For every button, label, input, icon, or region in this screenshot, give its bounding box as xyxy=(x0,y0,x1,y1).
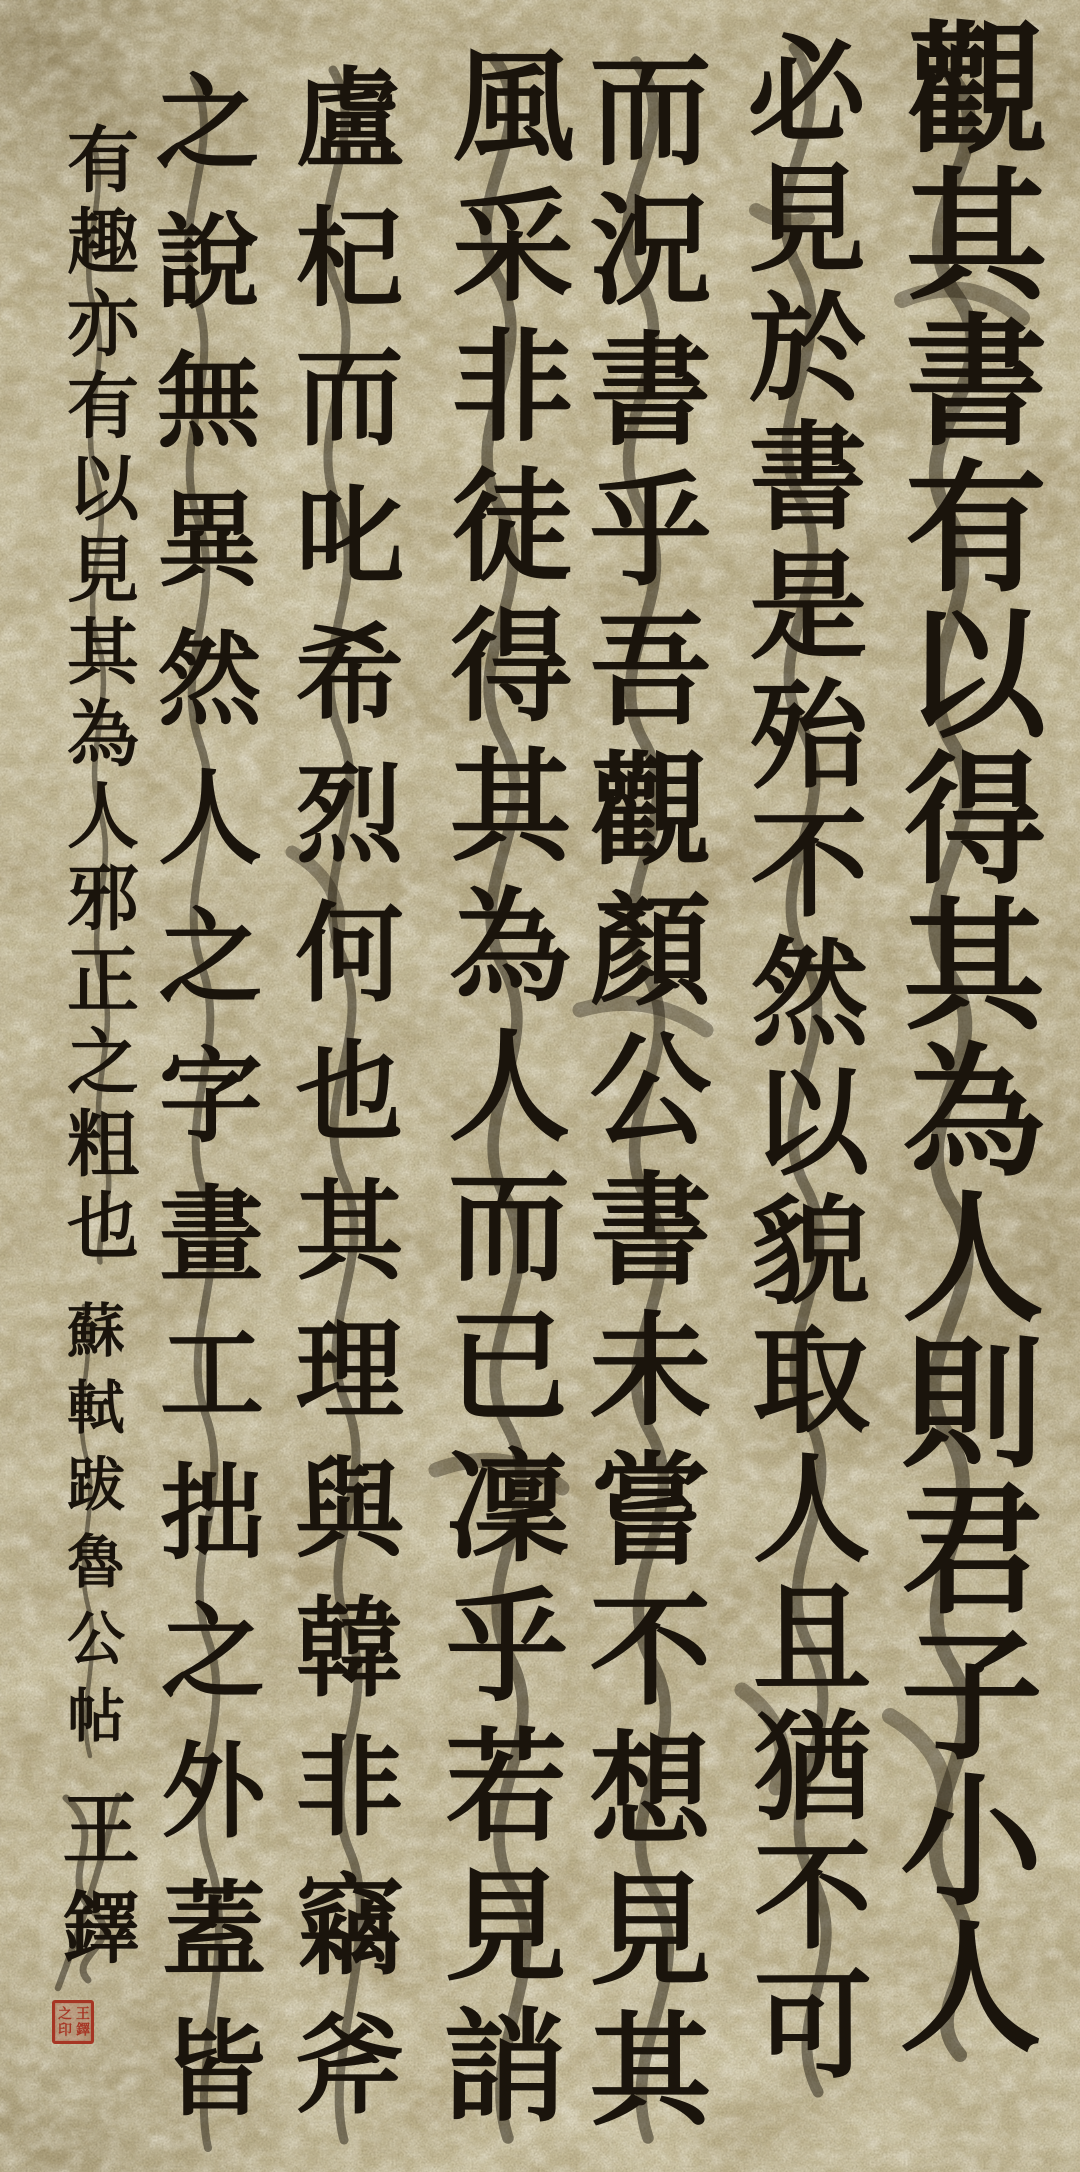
text-column-6: 之說無異然人之字畫工拙之外蓋皆 xyxy=(142,68,261,2153)
text-column-4: 風采非徒得其為人而已凜乎若見誚 xyxy=(411,42,588,2143)
signature-title-line: 蘇軾跋魯公帖 xyxy=(55,1300,127,1762)
text-column-7: 有趣亦有以見其為人邪正之粗也 xyxy=(52,122,142,1270)
text-column-5: 盧杞而叱希烈何也其理與韓非竊斧 xyxy=(278,62,402,2147)
text-column-2: 必見於書是殆不然以貌取人且猶不可 xyxy=(712,28,887,2093)
artist-seal: 王鐸之印 xyxy=(52,2000,94,2044)
artist-signature: 王鐸 xyxy=(46,1788,142,1986)
seal-text: 王鐸之印 xyxy=(55,2003,91,2041)
